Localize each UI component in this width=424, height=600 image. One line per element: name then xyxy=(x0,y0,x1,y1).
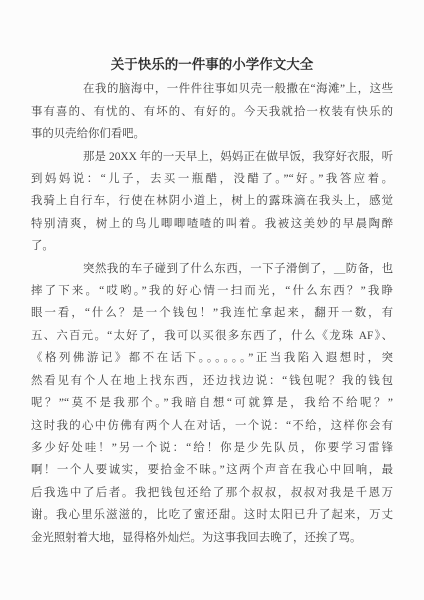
text-line: 啊！一个人要诚实，要拾金不昧。”这两个声音在我心中回响，最 xyxy=(31,459,393,481)
text-line: 谢。我心里乐滋滋的，比吃了蜜还甜。这时太阳已升了起来，万丈 xyxy=(31,504,393,526)
text-line: 摔了下来。“哎哟。”我的好心情一扫而光，“什么东西？”我睁 xyxy=(31,280,393,302)
text-line: 金光照射着大地，显得格外灿烂。为这事我回去晚了，还挨了骂。 xyxy=(31,527,393,549)
text-line: 我骑上自行车，行使在林阴小道上，树上的露珠滴在我头上，感觉 xyxy=(31,190,393,212)
text-line: 《格列佛游记》都不在话下。。。。。。”正当我陷入遐想时，突 xyxy=(31,347,393,369)
text-line: 事有喜的、有忧的、有坏的、有好的。今天我就拾一枚装有快乐的 xyxy=(31,101,393,123)
text-line: 事的贝壳给你们看吧。 xyxy=(31,123,393,145)
text-line: 眼一看，“什么？是一个钱包！”我连忙拿起来，翻开一数，有 xyxy=(31,302,393,324)
text-line: 五、六百元。“太好了，我可以买很多东西了，什么《龙珠 AF》、 xyxy=(31,325,393,347)
text-line: 多少好处哇！”另一个说：“给！你是少先队员，你要学习雷锋 xyxy=(31,437,393,459)
text-line: 这时我的心中仿佛有两个人在对话，一个说：“不给，这样你会有 xyxy=(31,415,393,437)
text-line: 在我的脑海中，一件件往事如贝壳一般撒在“海滩”上，这些 xyxy=(31,78,393,100)
text-line: 到妈妈说：“儿子，去买一瓶醋，没醋了。”“好。”我答应着。 xyxy=(31,168,393,190)
paragraph: 在我的脑海中，一件件往事如贝壳一般撒在“海滩”上，这些事有喜的、有忧的、有坏的、… xyxy=(31,78,393,145)
document-page: 关于快乐的一件事的小学作文大全 在我的脑海中，一件件往事如贝壳一般撒在“海滩”上… xyxy=(0,0,424,600)
paragraph: 突然我的车子碰到了什么东西，一下子滑倒了，＿防备，也摔了下来。“哎哟。”我的好心… xyxy=(31,258,393,549)
text-line: 了。 xyxy=(31,235,393,257)
text-line: 然看见有个人在地上找东西，还边找边说：“钱包呢？我的钱包 xyxy=(31,370,393,392)
paragraph: 那是 20XX 年的一天早上，妈妈正在做早饭，我穿好衣服，听到妈妈说：“儿子，去… xyxy=(31,146,393,258)
document-title: 关于快乐的一件事的小学作文大全 xyxy=(31,54,393,76)
text-line: 特别清爽，树上的鸟儿唧唧喳喳的叫着。我被这美妙的早晨陶醉 xyxy=(31,213,393,235)
article-body: 在我的脑海中，一件件往事如贝壳一般撒在“海滩”上，这些事有喜的、有忧的、有坏的、… xyxy=(31,78,393,549)
text-line: 后我选中了后者。我把钱包还给了那个叔叔，叔叔对我是千恩万 xyxy=(31,482,393,504)
text-line: 那是 20XX 年的一天早上，妈妈正在做早饭，我穿好衣服，听 xyxy=(31,146,393,168)
text-line: 突然我的车子碰到了什么东西，一下子滑倒了，＿防备，也 xyxy=(31,258,393,280)
text-line: 呢？”“莫不是我那个。”我暗自想“可就算是，我给不给呢？” xyxy=(31,392,393,414)
